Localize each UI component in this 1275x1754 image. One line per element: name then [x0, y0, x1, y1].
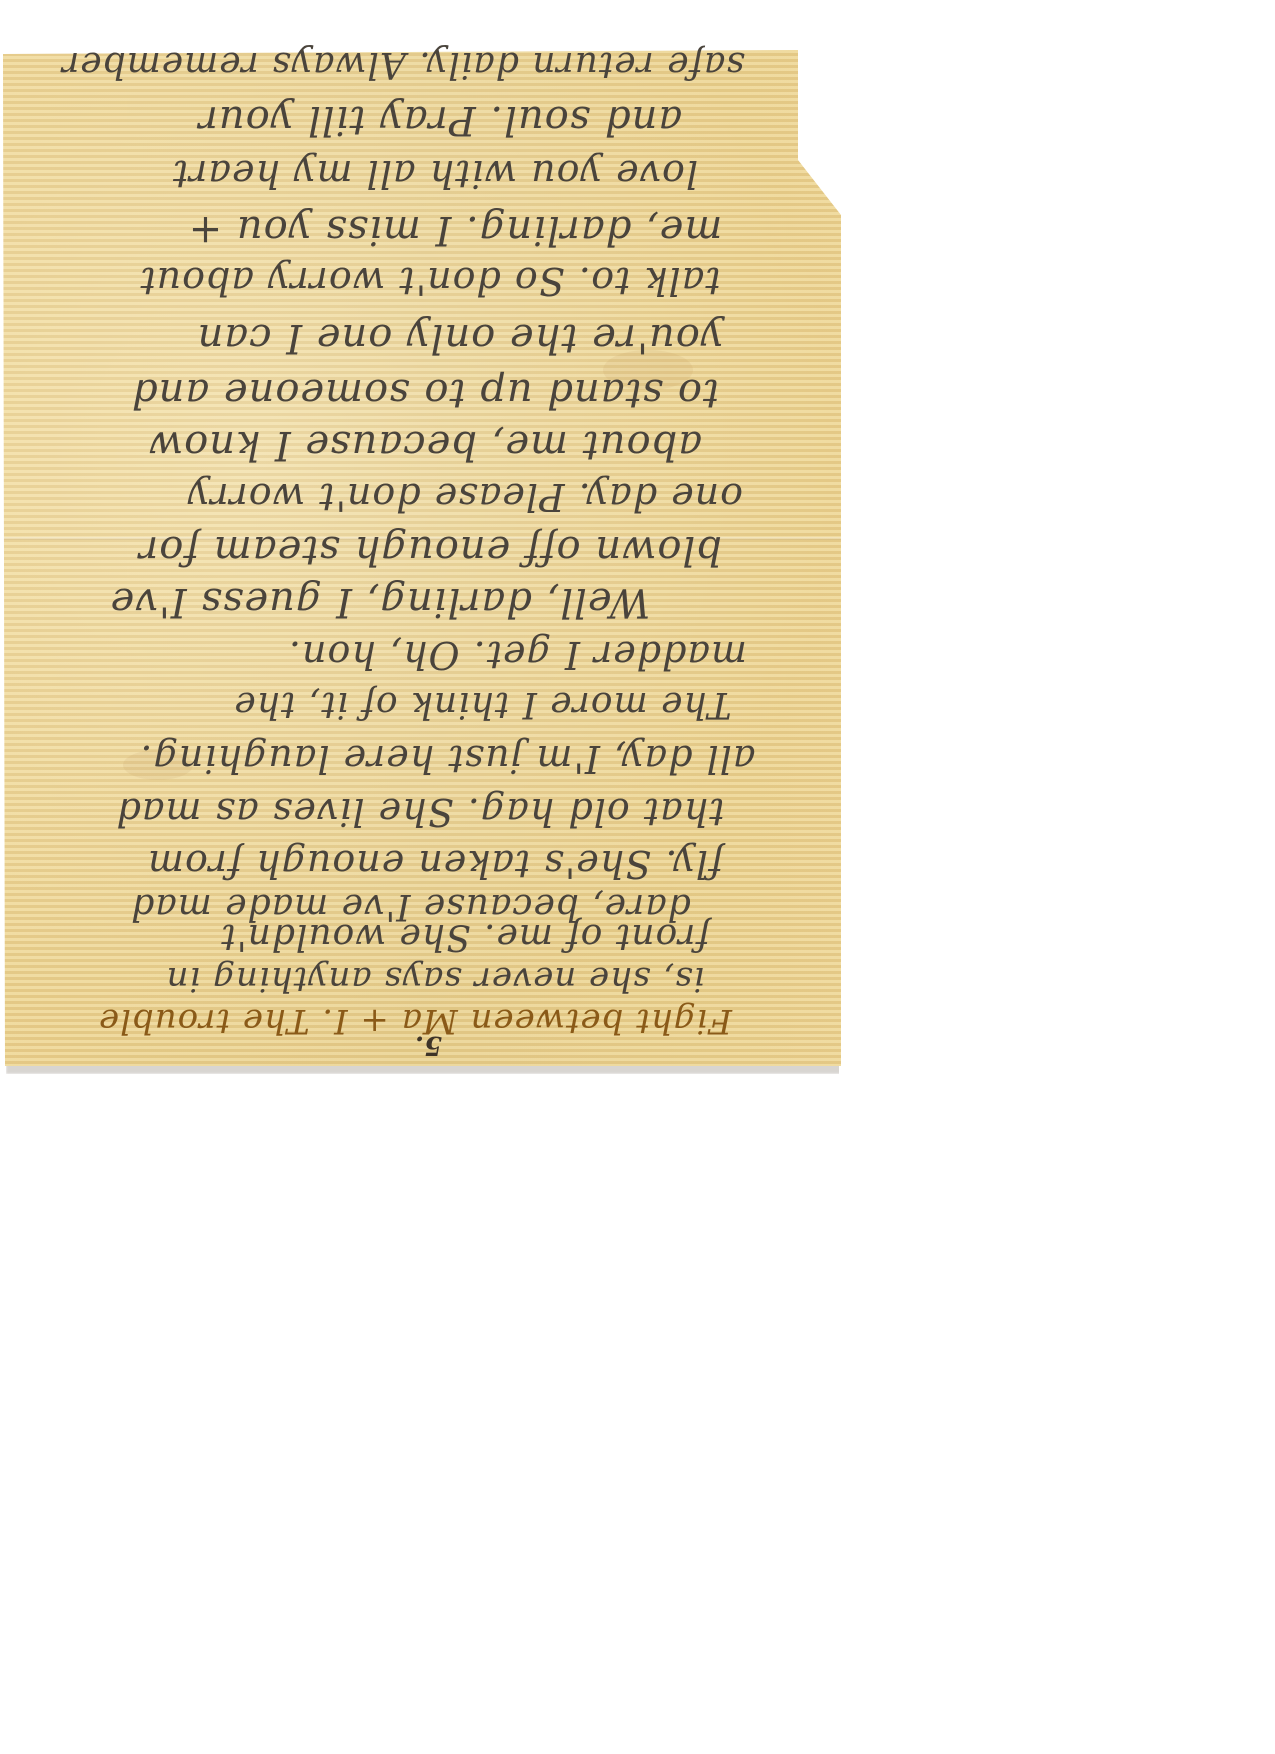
page-number: 5.	[415, 1030, 442, 1060]
letter-line-9: madder I get. Oh, hon.	[220, 636, 815, 674]
letter-line-11: blown off enough steam for	[45, 530, 815, 570]
letter-line-16: talk to. So don't worry about	[55, 262, 805, 300]
letter-line-6: that old hag. She lives as mad	[25, 793, 815, 831]
letter-line-15: you're the only one I can	[120, 318, 800, 358]
letter-line-2: is, she never says anything in	[75, 962, 795, 996]
letter-line-5: fly. She's taken enough from	[55, 845, 815, 883]
scan-canvas: safe return daily. Always remember and s…	[0, 0, 1275, 1754]
letter-line-20: safe return daily. Always remember	[8, 46, 798, 82]
letter-line-7: all day, I'm just here laughing.	[70, 740, 825, 778]
letter-line-13: about me, because I know	[45, 425, 805, 465]
letter-line-18: love you with all my heart	[95, 155, 775, 193]
letter-line-10: Well, darling, I guess I've	[65, 582, 695, 622]
letter-line-8: The more I think of it, the	[140, 686, 825, 722]
letter-line-17: me, darling. I miss you +	[95, 210, 815, 250]
letter-line-12: one day. Please don't worry	[115, 478, 815, 516]
letter-line-3: front of me. She wouldn't	[100, 918, 830, 954]
letter-line-19: and soul. Pray till your	[110, 100, 770, 140]
letter-line-14: to stand up to someone and	[45, 373, 805, 413]
